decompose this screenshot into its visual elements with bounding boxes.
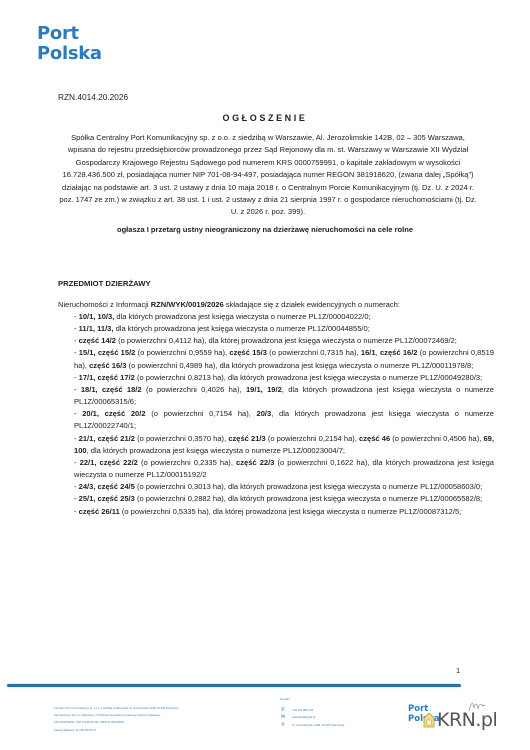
phone-icon: ✆ (280, 707, 286, 713)
parcel-number: część 22/3 (236, 458, 274, 467)
watermark-text: KRN.pl (437, 709, 497, 731)
parcel-text: (o powierzchni 0,4989 ha), dla których p… (126, 361, 473, 370)
parcel-number: 21/1, część 21/2 (79, 434, 135, 443)
parcel-number: część 21/3 (228, 434, 265, 443)
parcel-text: (o powierzchni 0,7315 ha), (267, 348, 361, 357)
parcel-number: część 16/2 (380, 348, 418, 357)
port-polska-logo: Port Polska (37, 24, 102, 64)
parcel-number: 20/1, część 20/2 (82, 409, 145, 418)
list-item: - 15/1, część 15/2 (o powierzchni 0,9559… (74, 347, 494, 371)
parcel-text: (o powierzchni 0,5335 ha), dla której pr… (120, 507, 461, 516)
parcel-text: (o powierzchni 0,2882 ha), dla których p… (135, 494, 482, 503)
parcel-number: 16/1 (361, 348, 376, 357)
lead-paragraph: Nieruchomości z Informacji RZN/WYK/0019/… (58, 299, 498, 311)
logo-line-2: Polska (37, 44, 102, 64)
company-info-line: KRS 0000759991 | NIP 701-08-94-497 | REG… (54, 719, 254, 726)
list-item: - 21/1, część 21/2 (o powierzchni 0,3570… (74, 433, 494, 457)
parcel-text: (o powierzchni 0,3570 ha), (135, 434, 228, 443)
contact-row: ✉sekretariat@cpk.pl (280, 714, 344, 722)
contact-text: +48 226 988 404 (292, 708, 313, 712)
parcel-number: 22/1, część 22/2 (80, 458, 138, 467)
announcement-line: ogłasza I przetarg ustny nieograniczony … (0, 225, 530, 234)
parcel-text: (o powierzchni 0,2335 ha), (138, 458, 236, 467)
parcel-text: (o powierzchni 0,8213 ha), dla których p… (135, 373, 482, 382)
document-title: OGŁOSZENIE (0, 113, 530, 123)
parcel-number: 18/1, część 18/2 (81, 385, 142, 394)
parcel-text: (o powierzchni 0,4112 ha), dla której pr… (116, 336, 457, 345)
parcel-number: 19/1, 19/2 (246, 385, 282, 394)
contact-row: ⚲Al. Jerozolimskie 142B, 02-305 Warszawa (280, 721, 344, 729)
reference-number: RZN.4014.20.2026 (58, 92, 128, 102)
company-info-line: Centralny Port Komunikacyjny sp. z o.o. … (54, 705, 254, 712)
information-code: RZN/WYK/0019/2026 (151, 300, 224, 309)
list-item: - 17/1, część 17/2 (o powierzchni 0,8213… (74, 372, 494, 384)
lead-prefix: Nieruchomości z Informacji (58, 300, 151, 309)
list-item: - 11/1, 11/3, dla których prowadzona jes… (74, 323, 494, 335)
parcel-text: (o powierzchni 0,3013 ha), dla których p… (135, 482, 482, 491)
parcel-number: 20/3 (257, 409, 272, 418)
parcel-number: część 14/2 (79, 336, 116, 345)
contact-heading: Kontakt (280, 697, 344, 701)
list-item: - 24/3, część 24/5 (o powierzchni 0,3013… (74, 481, 494, 493)
parcel-text: (o powierzchni 0,4506 ha), (390, 434, 483, 443)
mail-icon: ✉ (280, 714, 286, 720)
location-pin-icon: ⚲ (280, 722, 286, 728)
intro-paragraph: Spółka Centralny Port Komunikacyjny sp. … (58, 132, 478, 219)
parcel-number: 11/1, 11/3, (79, 324, 114, 333)
list-item: - część 26/11 (o powierzchni 0,5335 ha),… (74, 506, 494, 518)
list-item: - 25/1, część 25/3 (o powierzchni 0,2882… (74, 493, 494, 505)
lead-suffix: składające się z działek ewidencyjnych o… (224, 300, 400, 309)
company-info-line: Kapitał zakładowy 16.728.436.500 zł (54, 727, 254, 734)
section-heading: PRZEDMIOT DZIERŻAWY (58, 279, 151, 288)
parcel-number: część 46 (359, 434, 390, 443)
list-item: - część 14/2 (o powierzchni 0,4112 ha), … (74, 335, 494, 347)
parcel-text: dla których prowadzona jest księga wiecz… (114, 312, 370, 321)
parcel-number: 10/1, 10/3, (79, 312, 115, 321)
parcel-number: 25/1, część 25/3 (79, 494, 135, 503)
company-info-line: Sąd Rejonowy dla m.st. Warszawy, XII Wyd… (54, 712, 254, 719)
krn-watermark: KRN.pl (422, 709, 497, 731)
footer-divider (7, 684, 461, 687)
list-item: - 22/1, część 22/2 (o powierzchni 0,2335… (74, 457, 494, 481)
parcel-text: (o powierzchni 0,2154 ha), (266, 434, 359, 443)
parcel-text: - (74, 385, 81, 394)
logo-line-1: Port (37, 24, 102, 44)
parcel-number: część 16/3 (89, 361, 126, 370)
parcel-text: - (74, 409, 82, 418)
footer-contact: Kontakt ✆+48 226 988 404✉sekretariat@cpk… (280, 697, 344, 729)
parcel-list: - 10/1, 10/3, dla których prowadzona jes… (74, 311, 494, 518)
house-lock-icon (422, 711, 436, 729)
parcel-number: część 26/11 (79, 507, 120, 516)
list-item: - 10/1, 10/3, dla których prowadzona jes… (74, 311, 494, 323)
parcel-number: część 15/3 (229, 348, 267, 357)
parcel-text: (o powierzchni 0,7154 ha), (146, 409, 257, 418)
contact-text: sekretariat@cpk.pl (292, 715, 315, 719)
parcel-text: dla których prowadzona jest księga wiecz… (113, 324, 369, 333)
contact-row: ✆+48 226 988 404 (280, 706, 344, 714)
contact-text: Al. Jerozolimskie 142B, 02-305 Warszawa (292, 723, 344, 727)
parcel-text: (o powierzchni 0,4026 ha), (142, 385, 246, 394)
parcel-text: (o powierzchni 0,9559 ha), (135, 348, 229, 357)
list-item: - 20/1, część 20/2 (o powierzchni 0,7154… (74, 408, 494, 432)
parcel-number: 24/3, część 24/5 (79, 482, 135, 491)
page-number: 1 (456, 666, 460, 675)
parcel-text: , dla których prowadzona jest księga wie… (87, 446, 345, 455)
footer-company-info: Centralny Port Komunikacyjny sp. z o.o. … (54, 705, 254, 734)
parcel-number: 15/1, część 15/2 (79, 348, 136, 357)
parcel-number: 17/1, część 17/2 (79, 373, 135, 382)
list-item: - 18/1, część 18/2 (o powierzchni 0,4026… (74, 384, 494, 408)
